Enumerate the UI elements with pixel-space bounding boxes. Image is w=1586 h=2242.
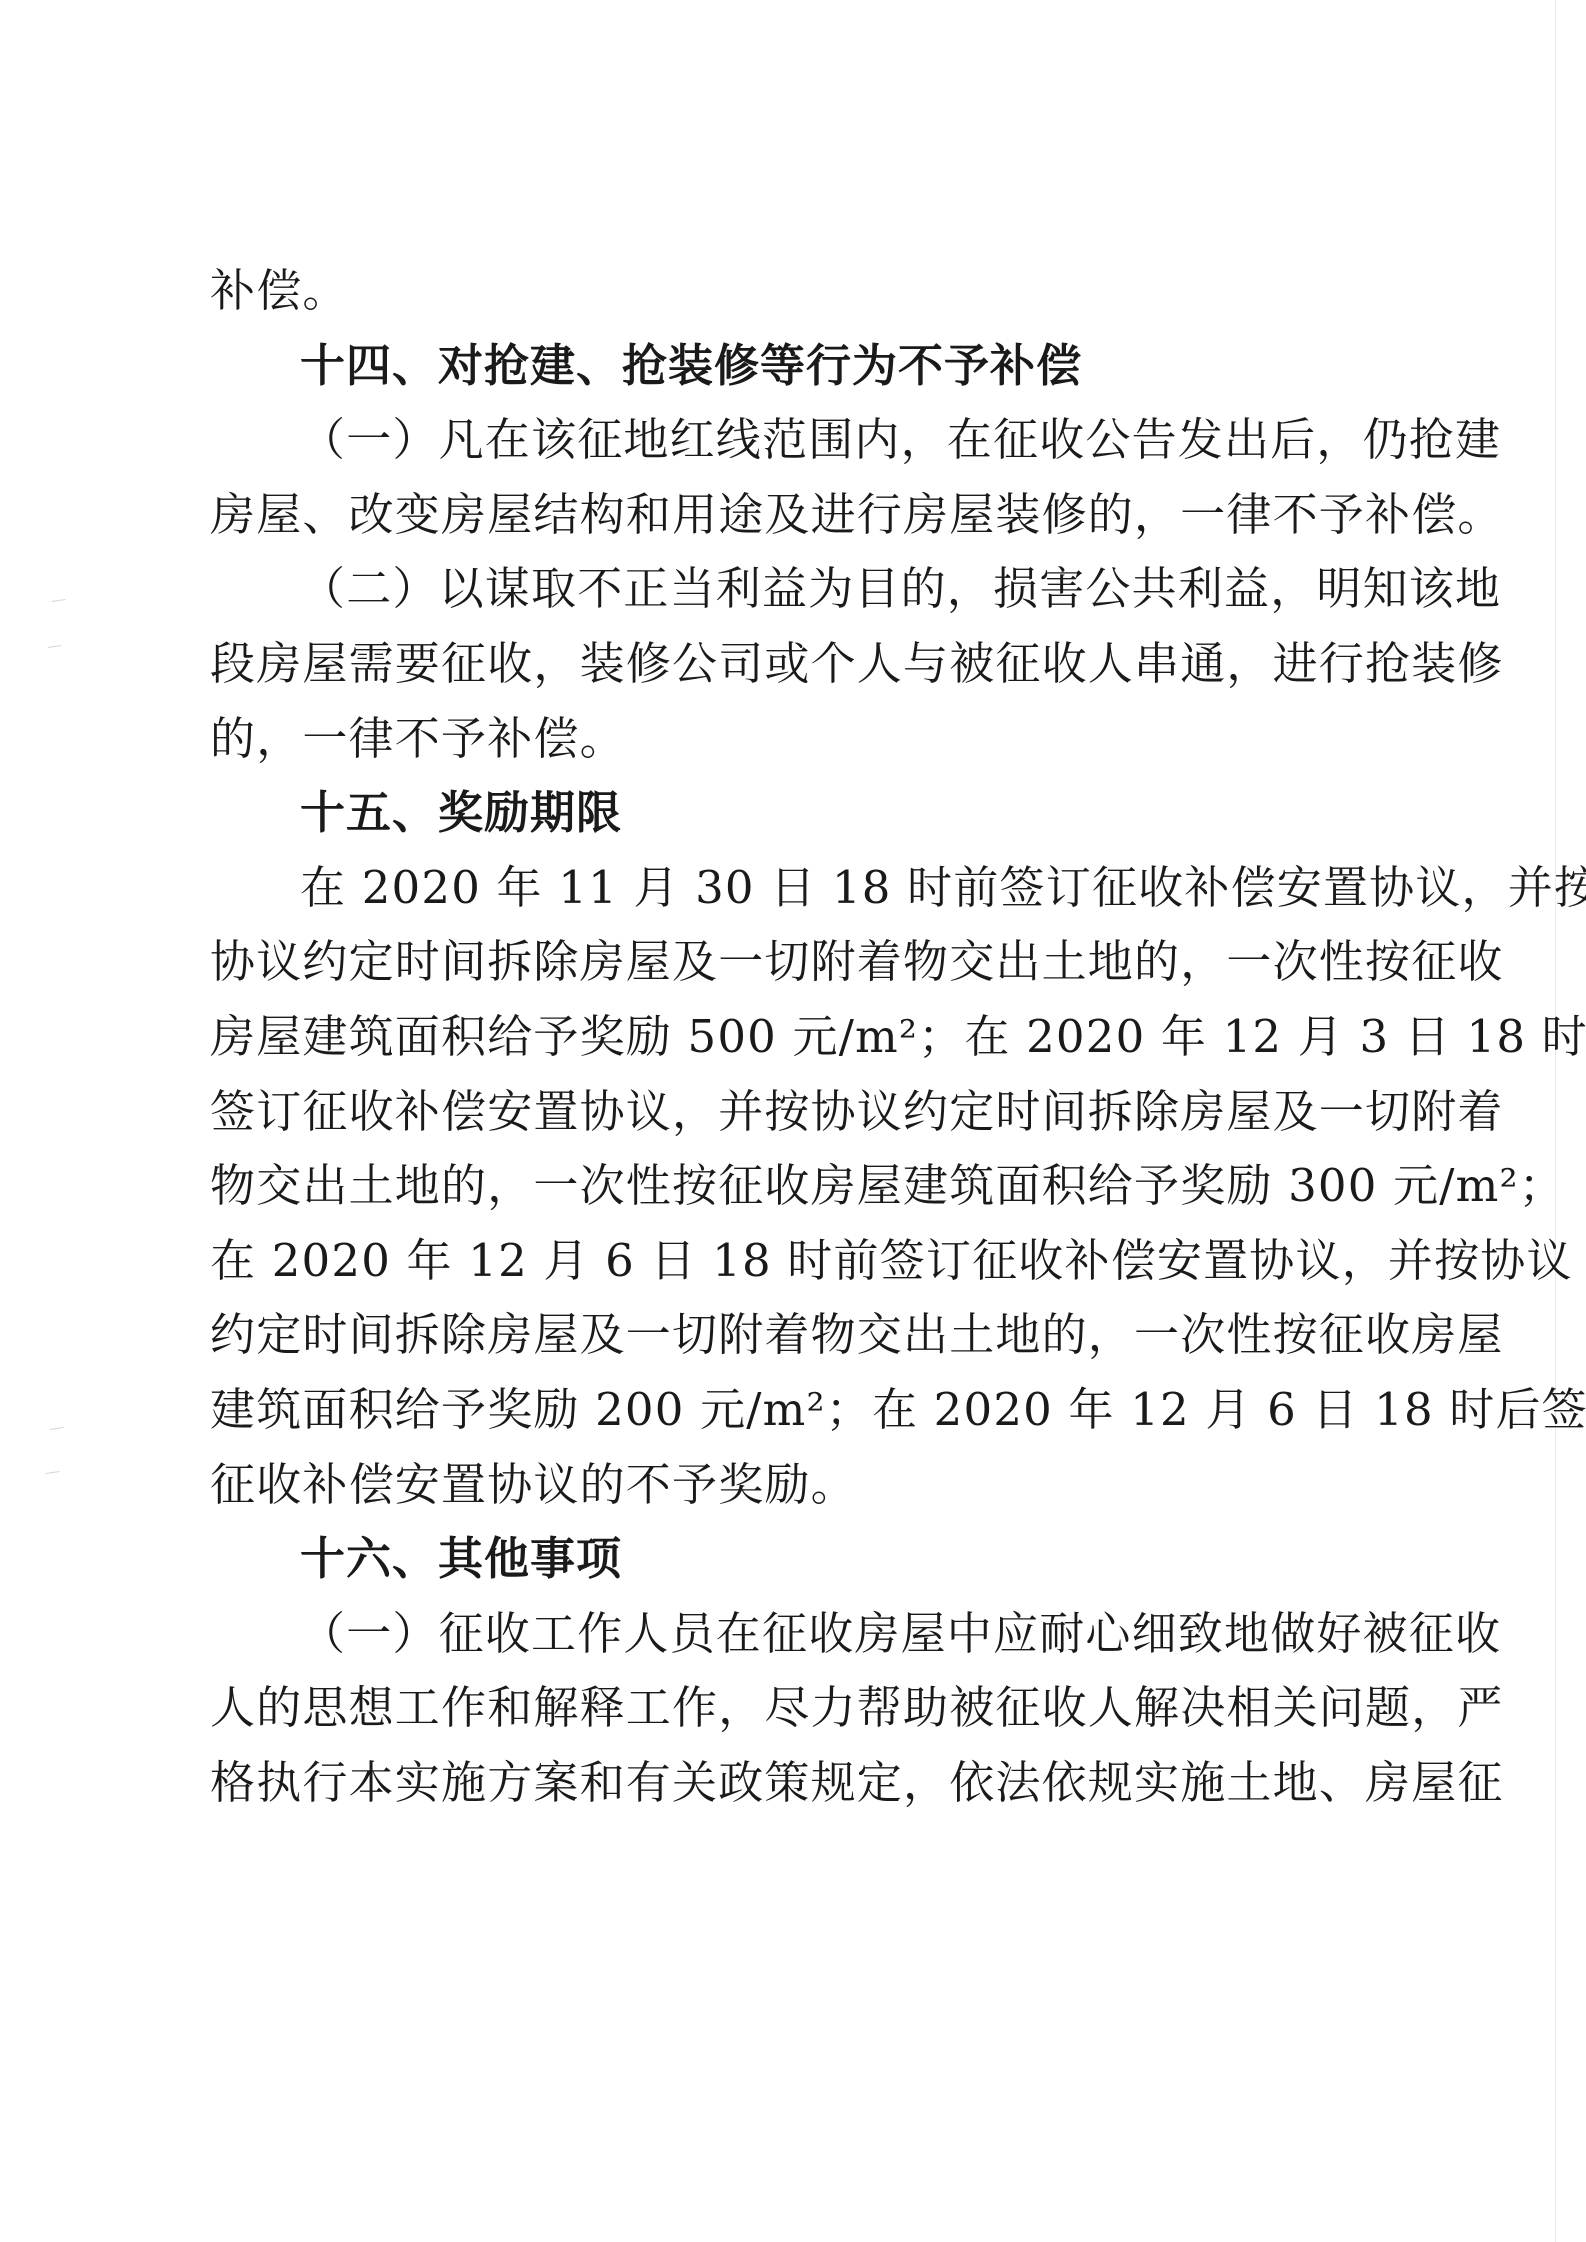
scan-artifact-mark: [48, 645, 63, 654]
paragraph-line: （一）凡在该征地红线范围内，在征收公告发出后，仍抢建: [210, 403, 1394, 478]
section-heading-15: 十五、奖励期限: [210, 776, 1394, 851]
paragraph-line: 建筑面积给予奖励 200 元/m²；在 2020 年 12 月 6 日 18 时…: [210, 1373, 1394, 1448]
scan-edge-line: [1555, 0, 1556, 2242]
paragraph-line: 房屋建筑面积给予奖励 500 元/m²；在 2020 年 12 月 3 日 18…: [210, 1000, 1394, 1075]
paragraph-line: 格执行本实施方案和有关政策规定，依法依规实施土地、房屋征: [210, 1746, 1394, 1821]
scan-artifact-mark: [46, 1471, 61, 1480]
scan-artifact-mark: [52, 599, 67, 608]
paragraph-line: 的，一律不予补偿。: [210, 702, 1394, 777]
section-heading-16: 十六、其他事项: [210, 1522, 1394, 1597]
paragraph-line: 在 2020 年 12 月 6 日 18 时前签订征收补偿安置协议，并按协议: [210, 1224, 1394, 1299]
paragraph-line: 物交出土地的，一次性按征收房屋建筑面积给予奖励 300 元/m²；: [210, 1149, 1394, 1224]
document-body: 补偿。 十四、对抢建、抢装修等行为不予补偿 （一）凡在该征地红线范围内，在征收公…: [210, 254, 1394, 1820]
section-heading-14: 十四、对抢建、抢装修等行为不予补偿: [210, 329, 1394, 404]
paragraph-line: 补偿。: [210, 254, 1394, 329]
paragraph-line: 约定时间拆除房屋及一切附着物交出土地的，一次性按征收房屋: [210, 1298, 1394, 1373]
scanned-document-page: 补偿。 十四、对抢建、抢装修等行为不予补偿 （一）凡在该征地红线范围内，在征收公…: [0, 0, 1586, 2242]
paragraph-line: 段房屋需要征收，装修公司或个人与被征收人串通，进行抢装修: [210, 627, 1394, 702]
scan-artifact-mark: [50, 1427, 65, 1436]
paragraph-line: 在 2020 年 11 月 30 日 18 时前签订征收补偿安置协议，并按: [210, 851, 1394, 926]
paragraph-line: 协议约定时间拆除房屋及一切附着物交出土地的，一次性按征收: [210, 925, 1394, 1000]
paragraph-line: 签订征收补偿安置协议，并按协议约定时间拆除房屋及一切附着: [210, 1075, 1394, 1150]
paragraph-line: 人的思想工作和解释工作，尽力帮助被征收人解决相关问题，严: [210, 1671, 1394, 1746]
paragraph-line: 征收补偿安置协议的不予奖励。: [210, 1448, 1394, 1523]
paragraph-line: （一）征收工作人员在征收房屋中应耐心细致地做好被征收: [210, 1597, 1394, 1672]
paragraph-line: （二）以谋取不正当利益为目的，损害公共利益，明知该地: [210, 552, 1394, 627]
paragraph-line: 房屋、改变房屋结构和用途及进行房屋装修的，一律不予补偿。: [210, 478, 1394, 553]
